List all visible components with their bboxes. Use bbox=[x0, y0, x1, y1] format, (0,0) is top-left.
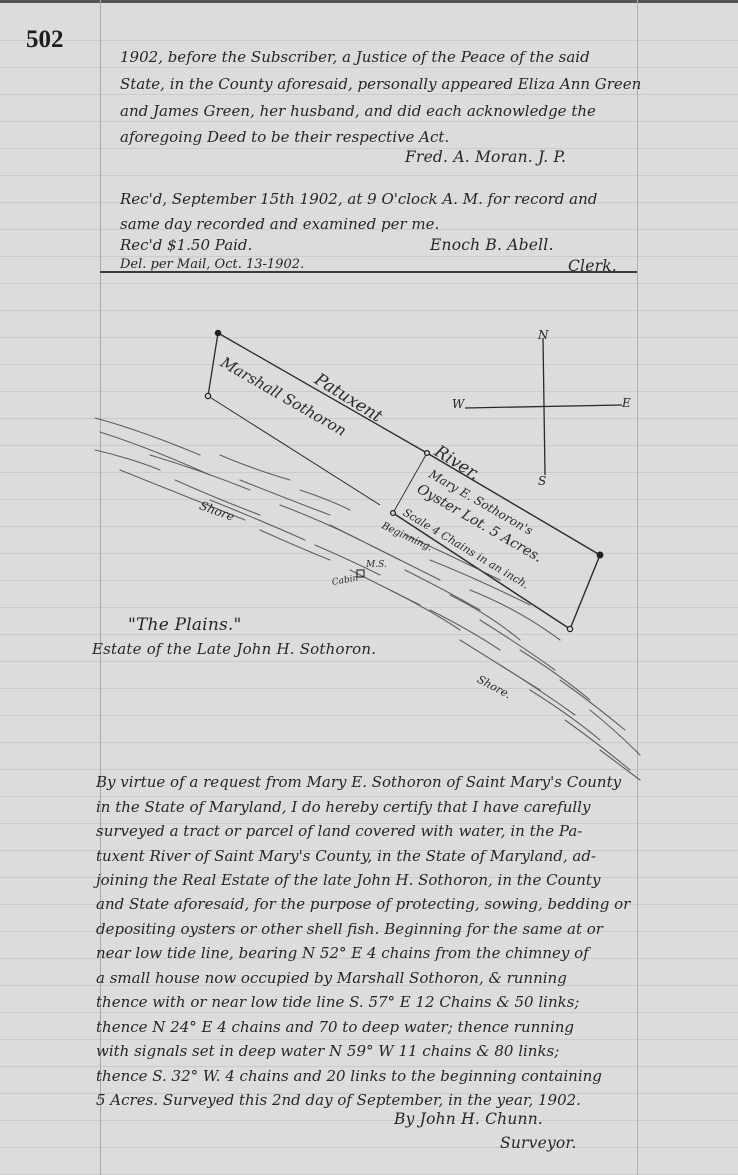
certificate-line: thence N 24° E 4 chains and 70 to deep w… bbox=[96, 1018, 574, 1036]
compass-north: N bbox=[538, 328, 549, 342]
surveyor-signature: By John H. Chunn. bbox=[394, 1110, 543, 1128]
estate-name: "The Plains." bbox=[128, 615, 242, 635]
compass-south: S bbox=[538, 474, 546, 488]
compass-east: E bbox=[622, 396, 631, 410]
certificate-line: 5 Acres. Surveyed this 2nd day of Septem… bbox=[96, 1091, 581, 1109]
ledger-page: 502 1902, before the Subscriber, a Justi… bbox=[0, 0, 738, 1175]
estate-owner: Estate of the Late John H. Sothoron. bbox=[92, 640, 376, 658]
certificate-line: thence S. 32° W. 4 chains and 20 links t… bbox=[96, 1067, 602, 1085]
certificate-line: By virtue of a request from Mary E. Soth… bbox=[96, 773, 621, 791]
certificate-line: thence with or near low tide line S. 57°… bbox=[96, 993, 579, 1011]
cabin-note: M.S. bbox=[366, 560, 387, 570]
certificate-line: surveyed a tract or parcel of land cover… bbox=[96, 822, 582, 840]
certificate-line: in the State of Maryland, I do hereby ce… bbox=[96, 798, 590, 816]
certificate-line: depositing oysters or other shell fish. … bbox=[96, 920, 603, 938]
certificate-line: tuxent River of Saint Mary's County, in … bbox=[96, 847, 596, 865]
certificate-line: and State aforesaid, for the purpose of … bbox=[96, 895, 630, 913]
surveyor-title: Surveyor. bbox=[500, 1134, 576, 1152]
certificate-line: near low tide line, bearing N 52° E 4 ch… bbox=[96, 944, 589, 962]
certificate-line: joining the Real Estate of the late John… bbox=[96, 871, 600, 889]
certificate-line: a small house now occupied by Marshall S… bbox=[96, 969, 567, 987]
compass-west: W bbox=[452, 397, 464, 411]
river-shore-hatching bbox=[95, 418, 640, 780]
compass-rose bbox=[465, 338, 622, 475]
certificate-line: with signals set in deep water N 59° W 1… bbox=[96, 1042, 559, 1060]
